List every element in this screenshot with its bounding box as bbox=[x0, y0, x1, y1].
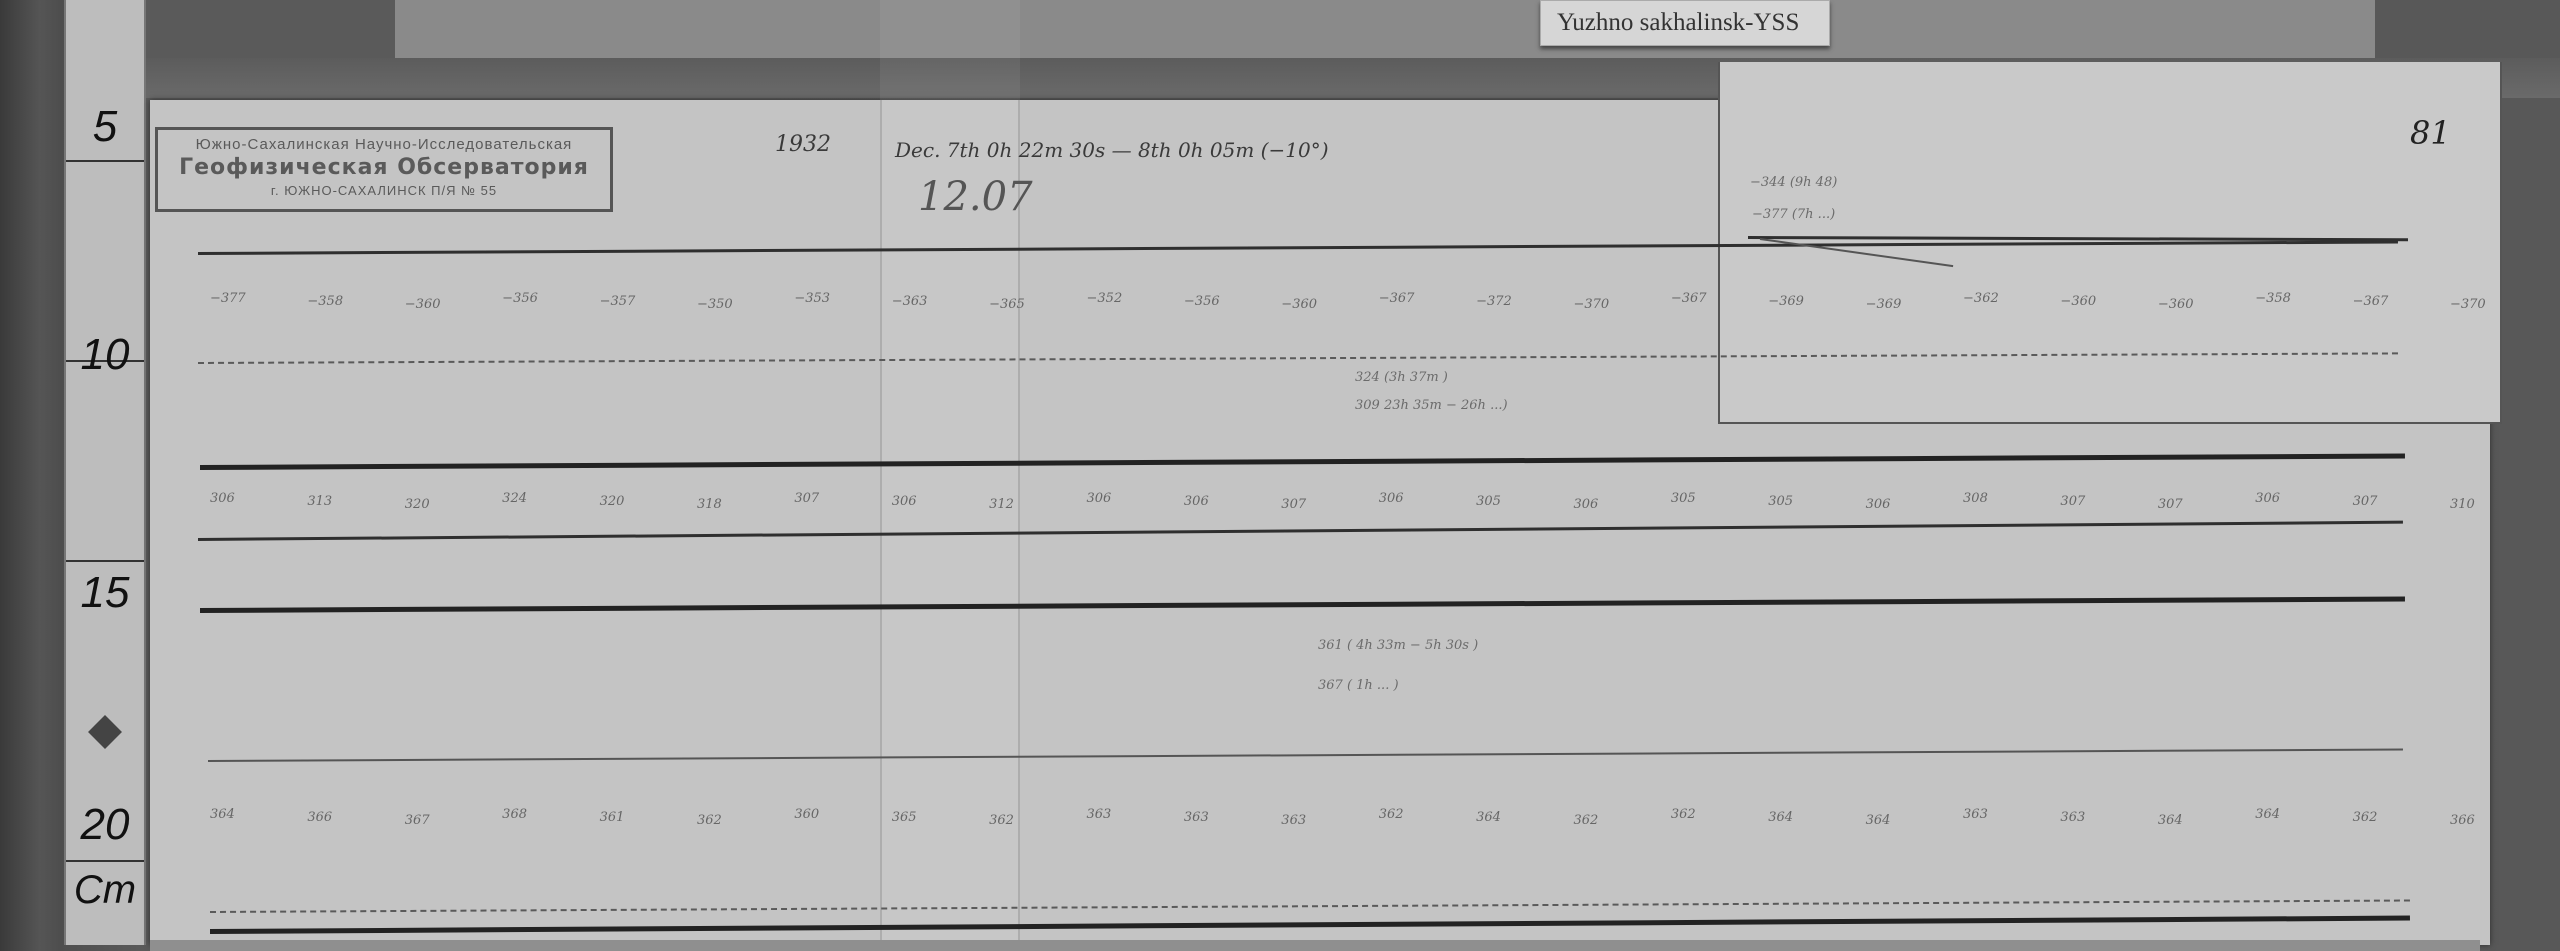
station-label: Yuzhno sakhalinsk-YSS bbox=[1557, 9, 1799, 37]
hourly-value: 313 bbox=[307, 494, 332, 509]
period-note: Dec. 7th 0h 22m 30s — 8th 0h 05m (−10°) bbox=[895, 138, 1329, 162]
hourly-value: 306 bbox=[892, 494, 917, 509]
hourly-value: 306 bbox=[1866, 497, 1891, 512]
top-overlay-sheet bbox=[395, 0, 2375, 61]
hourly-value: 364 bbox=[2255, 807, 2280, 822]
hourly-value: −360 bbox=[405, 297, 441, 312]
hourly-value: 306 bbox=[1573, 497, 1598, 512]
bottom-hour-scale bbox=[150, 940, 2480, 951]
trace2-note: 324 (3h 37m ) bbox=[1355, 370, 1448, 385]
year-note: 1932 bbox=[775, 132, 831, 157]
hourly-value: 318 bbox=[697, 497, 722, 512]
hourly-value: 362 bbox=[2353, 810, 2378, 825]
hourly-value: 306 bbox=[1184, 494, 1209, 509]
hourly-value: −360 bbox=[2060, 294, 2096, 309]
hourly-value: 308 bbox=[1963, 491, 1988, 506]
hourly-value: 306 bbox=[1087, 491, 1112, 506]
ruler-mark-20: 20 bbox=[66, 800, 144, 850]
hourly-value: −360 bbox=[2158, 297, 2194, 312]
page-number: 81 bbox=[2410, 114, 2451, 152]
hourly-value: 305 bbox=[1768, 494, 1793, 509]
hourly-value: 368 bbox=[502, 807, 527, 822]
hourly-value: 362 bbox=[697, 813, 722, 828]
trace2-note: 309 23h 35m − 26h ...) bbox=[1355, 398, 1508, 413]
hourly-value: −357 bbox=[600, 294, 636, 309]
hourly-value: 305 bbox=[1671, 491, 1696, 506]
hourly-value: 364 bbox=[1866, 813, 1891, 828]
hourly-value: 306 bbox=[1379, 491, 1404, 506]
date-code: 12.07 bbox=[918, 174, 1033, 220]
hourly-value: 305 bbox=[1476, 494, 1501, 509]
ruler-mark-5: 5 bbox=[66, 102, 144, 152]
hourly-value: −363 bbox=[892, 294, 928, 309]
hourly-value: 307 bbox=[2353, 494, 2378, 509]
hourly-value: 307 bbox=[2158, 497, 2183, 512]
hourly-value: 362 bbox=[1379, 807, 1404, 822]
hourly-value: 366 bbox=[307, 810, 332, 825]
hourly-value: 364 bbox=[210, 807, 235, 822]
hourly-value: 307 bbox=[1281, 497, 1306, 512]
hourly-value: −358 bbox=[307, 294, 343, 309]
hourly-value: 306 bbox=[2255, 491, 2280, 506]
hourly-value: 367 bbox=[405, 813, 430, 828]
hourly-value: −360 bbox=[1281, 297, 1317, 312]
hourly-value: 362 bbox=[1671, 807, 1696, 822]
hourly-value: 364 bbox=[2158, 813, 2183, 828]
hourly-value: 364 bbox=[1476, 810, 1501, 825]
hourly-value: −372 bbox=[1476, 294, 1512, 309]
hourly-value: 320 bbox=[600, 494, 625, 509]
hourly-value: −369 bbox=[1768, 294, 1804, 309]
hourly-value: 363 bbox=[1963, 807, 1988, 822]
hourly-value: 366 bbox=[2450, 813, 2475, 828]
observatory-stamp: Южно-Сахалинская Научно-Исследовательска… bbox=[155, 127, 613, 212]
hourly-value: −358 bbox=[2255, 291, 2291, 306]
hourly-value: 363 bbox=[1087, 807, 1112, 822]
ruler-unit: Cm bbox=[66, 868, 144, 913]
hourly-value: −367 bbox=[1671, 291, 1707, 306]
hourly-value: −367 bbox=[2353, 294, 2389, 309]
hourly-value: −365 bbox=[989, 297, 1025, 312]
hourly-value: −356 bbox=[1184, 294, 1220, 309]
hourly-value: −356 bbox=[502, 291, 538, 306]
hourly-value: −377 bbox=[210, 291, 246, 306]
trace3-note: 367 ( 1h ... ) bbox=[1318, 678, 1399, 693]
hourly-value: −370 bbox=[1573, 297, 1609, 312]
hourly-value: −350 bbox=[697, 297, 733, 312]
hourly-value: 363 bbox=[2060, 810, 2085, 825]
cm-ruler: 5 10 15 20 Cm bbox=[64, 0, 146, 945]
hourly-value: 310 bbox=[2450, 497, 2475, 512]
hourly-value: 307 bbox=[794, 491, 819, 506]
hourly-value: −370 bbox=[2450, 297, 2486, 312]
hourly-value: 361 bbox=[600, 810, 625, 825]
hourly-value: −352 bbox=[1087, 291, 1123, 306]
hourly-value: 307 bbox=[2060, 494, 2085, 509]
station-label-card: Yuzhno sakhalinsk-YSS bbox=[1540, 0, 1830, 46]
trace3-note: 361 ( 4h 33m − 5h 30s ) bbox=[1318, 638, 1478, 653]
hourly-value: 364 bbox=[1768, 810, 1793, 825]
hourly-value: 312 bbox=[989, 497, 1014, 512]
hourly-value: 360 bbox=[794, 807, 819, 822]
hourly-value: 365 bbox=[892, 810, 917, 825]
hourly-value: 320 bbox=[405, 497, 430, 512]
trace1-note: −377 (7h ...) bbox=[1752, 207, 1835, 222]
hourly-value: 306 bbox=[210, 491, 235, 506]
hourly-value: −362 bbox=[1963, 291, 1999, 306]
hourly-value: 324 bbox=[502, 491, 527, 506]
hourly-value: 363 bbox=[1184, 810, 1209, 825]
hourly-value: −353 bbox=[794, 291, 830, 306]
hourly-value: −367 bbox=[1379, 291, 1415, 306]
hourly-value: 362 bbox=[1573, 813, 1598, 828]
hourly-value: 362 bbox=[989, 813, 1014, 828]
hourly-value: −369 bbox=[1866, 297, 1902, 312]
hourly-value: 363 bbox=[1281, 813, 1306, 828]
trace1-note: −344 (9h 48) bbox=[1750, 175, 1837, 190]
